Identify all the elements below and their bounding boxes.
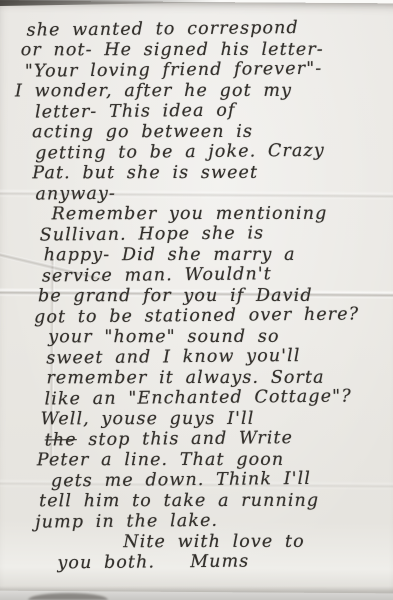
letter-line: she wanted to correspond	[0, 17, 392, 41]
letter-text: remember it always. Sorta	[46, 367, 324, 387]
struck-word: the	[45, 430, 77, 450]
letter-text: Sullivan. Hope she is	[40, 223, 265, 245]
letter-line: tell him to take a running	[1, 490, 393, 511]
letter-line: gets me down. Think I'll	[1, 468, 393, 492]
letter-text: sweet and I know you'll	[46, 346, 300, 368]
letter-text: happy- Did she marry a	[44, 244, 296, 264]
letter-text: Nite with love to	[123, 531, 305, 551]
letter-line: like an "Enchanted Cottage"?	[0, 386, 393, 410]
letter-text: or not- He signed his letter-	[21, 39, 324, 60]
scanned-letter: she wanted to correspondor not- He signe…	[0, 0, 393, 600]
letter-text: like an "Enchanted Cottage"?	[44, 387, 351, 410]
letter-text: letter- This idea of	[35, 101, 236, 123]
scan-edge-shadow-notch	[28, 593, 108, 600]
letter-line: I wonder, after he got my	[0, 80, 392, 101]
letter-body: she wanted to correspondor not- He signe…	[0, 18, 393, 574]
letter-line: service man. Wouldn't	[0, 263, 393, 287]
letter-line: Peter a line. That goon	[1, 449, 393, 470]
letter-text: tell him to take a running	[39, 490, 319, 510]
letter-text: I wonder, after he got my	[15, 80, 292, 100]
letter-text: service man. Wouldn't	[42, 264, 272, 286]
letter-line: acting go between is	[0, 121, 392, 142]
letter-line: the stop this and Write	[1, 427, 393, 451]
letter-text: getting to be a joke. Crazy	[35, 141, 325, 164]
letter-text: anyway-	[35, 184, 116, 205]
letter-line: sweet and I know you'll	[0, 345, 393, 369]
letter-line: jump in the lake.	[1, 509, 393, 533]
letter-line: Well, youse guys I'll	[1, 408, 393, 429]
letter-line: Pat. but she is sweet	[0, 162, 392, 183]
letter-line: remember it always. Sorta	[0, 367, 393, 388]
letter-text: be grand for you if David	[38, 285, 313, 305]
letter-line: getting to be a joke. Crazy	[0, 140, 392, 164]
letter-line: Nite with love to	[1, 531, 393, 552]
letter-line: happy- Did she marry a	[0, 244, 393, 265]
letter-line: letter- This idea of	[0, 99, 392, 123]
letter-text: your "home" sound so	[48, 326, 279, 346]
letter-text: "Your loving friend forever"-	[25, 59, 323, 82]
letter-text: got to be stationed over here?	[34, 304, 359, 327]
letter-line: Sullivan. Hope she is	[0, 222, 393, 246]
letter-line: or not- He signed his letter-	[0, 39, 392, 60]
letter-line: your "home" sound so	[0, 326, 393, 347]
letter-text: Well, youse guys I'll	[41, 408, 255, 428]
letter-text: stop this and Write	[77, 428, 294, 450]
letter-line: you both. Mums	[1, 550, 393, 574]
letter-text: jump in the lake.	[35, 511, 218, 533]
letter-text: she wanted to correspond	[27, 18, 299, 41]
letter-line: be grand for you if David	[0, 285, 393, 306]
letter-line: Remember you mentioning	[0, 203, 393, 224]
letter-line: "Your loving friend forever"-	[0, 58, 392, 82]
letter-text: gets me down. Think I'll	[51, 469, 311, 491]
letter-line: anyway-	[0, 181, 393, 205]
letter-text: Remember you mentioning	[52, 203, 328, 223]
letter-text: Pat. but she is sweet	[32, 162, 258, 182]
letter-text: you both. Mums	[57, 552, 249, 574]
letter-line: got to be stationed over here?	[0, 304, 393, 328]
letter-text: Peter a line. That goon	[37, 449, 284, 469]
letter-text: acting go between is	[32, 121, 253, 141]
